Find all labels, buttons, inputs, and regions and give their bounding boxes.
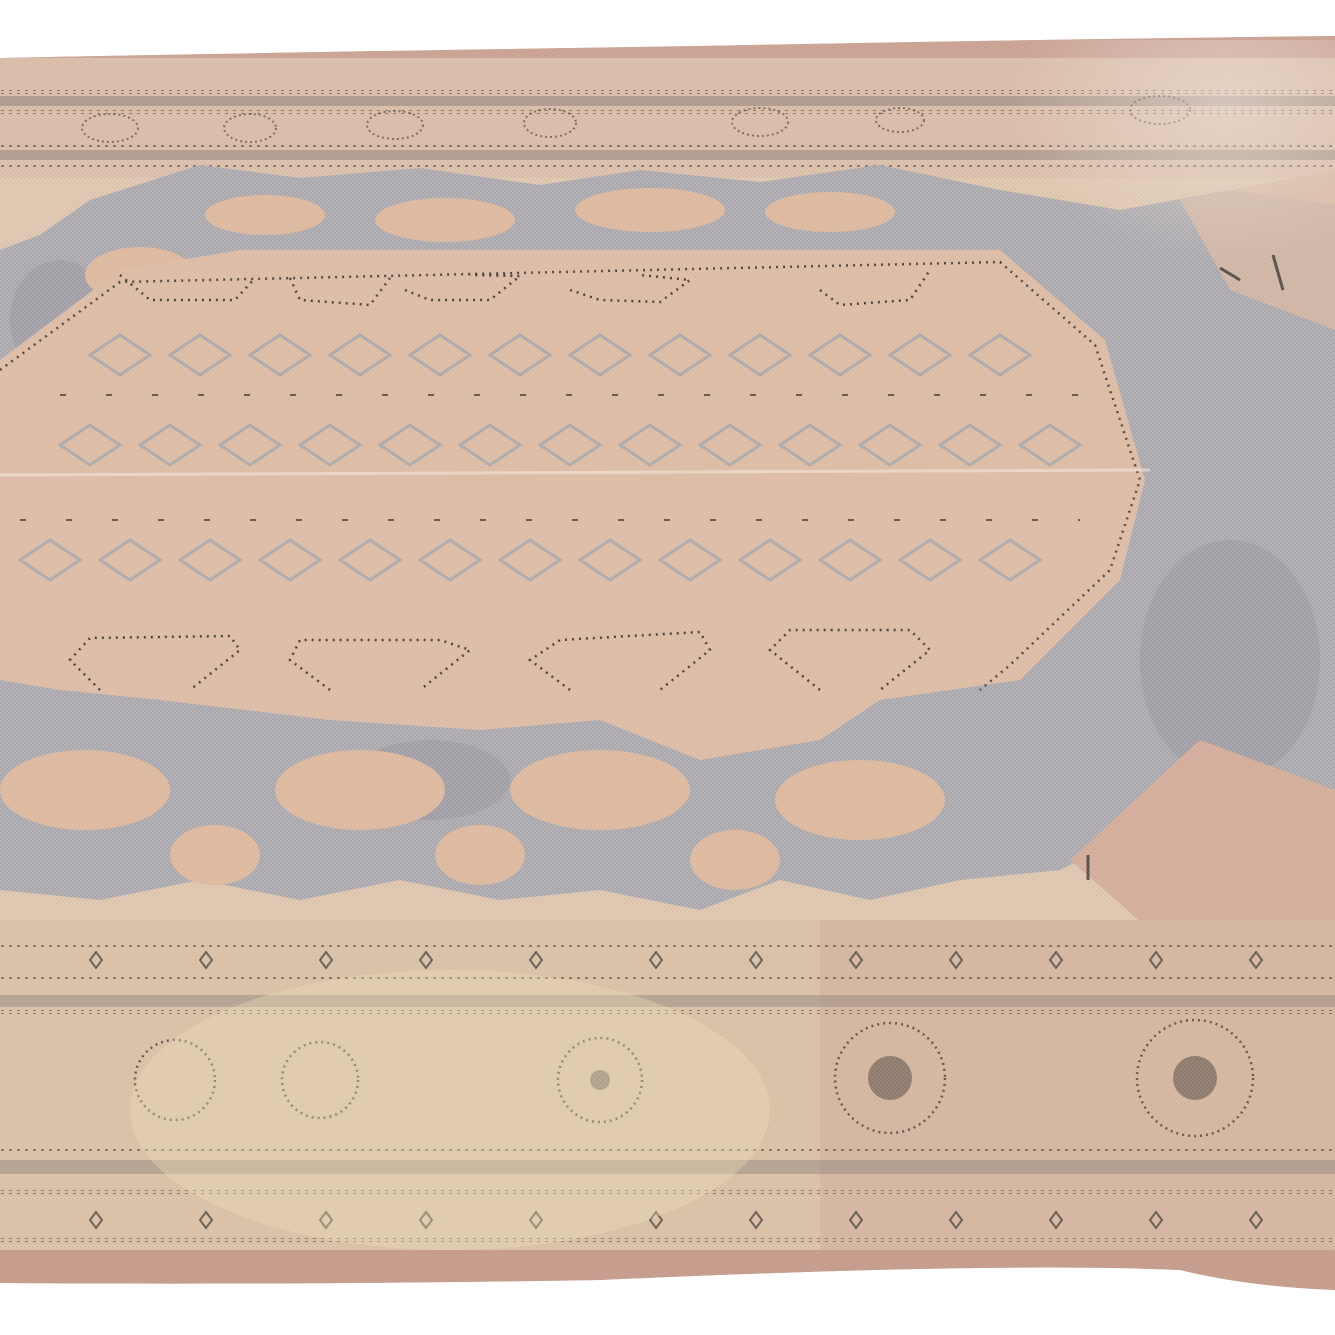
rug-illustration: [0, 0, 1335, 1335]
rug-body: [0, 30, 1335, 1305]
rug-photo: Vintage distressed area rug, close-up of…: [0, 0, 1335, 1335]
